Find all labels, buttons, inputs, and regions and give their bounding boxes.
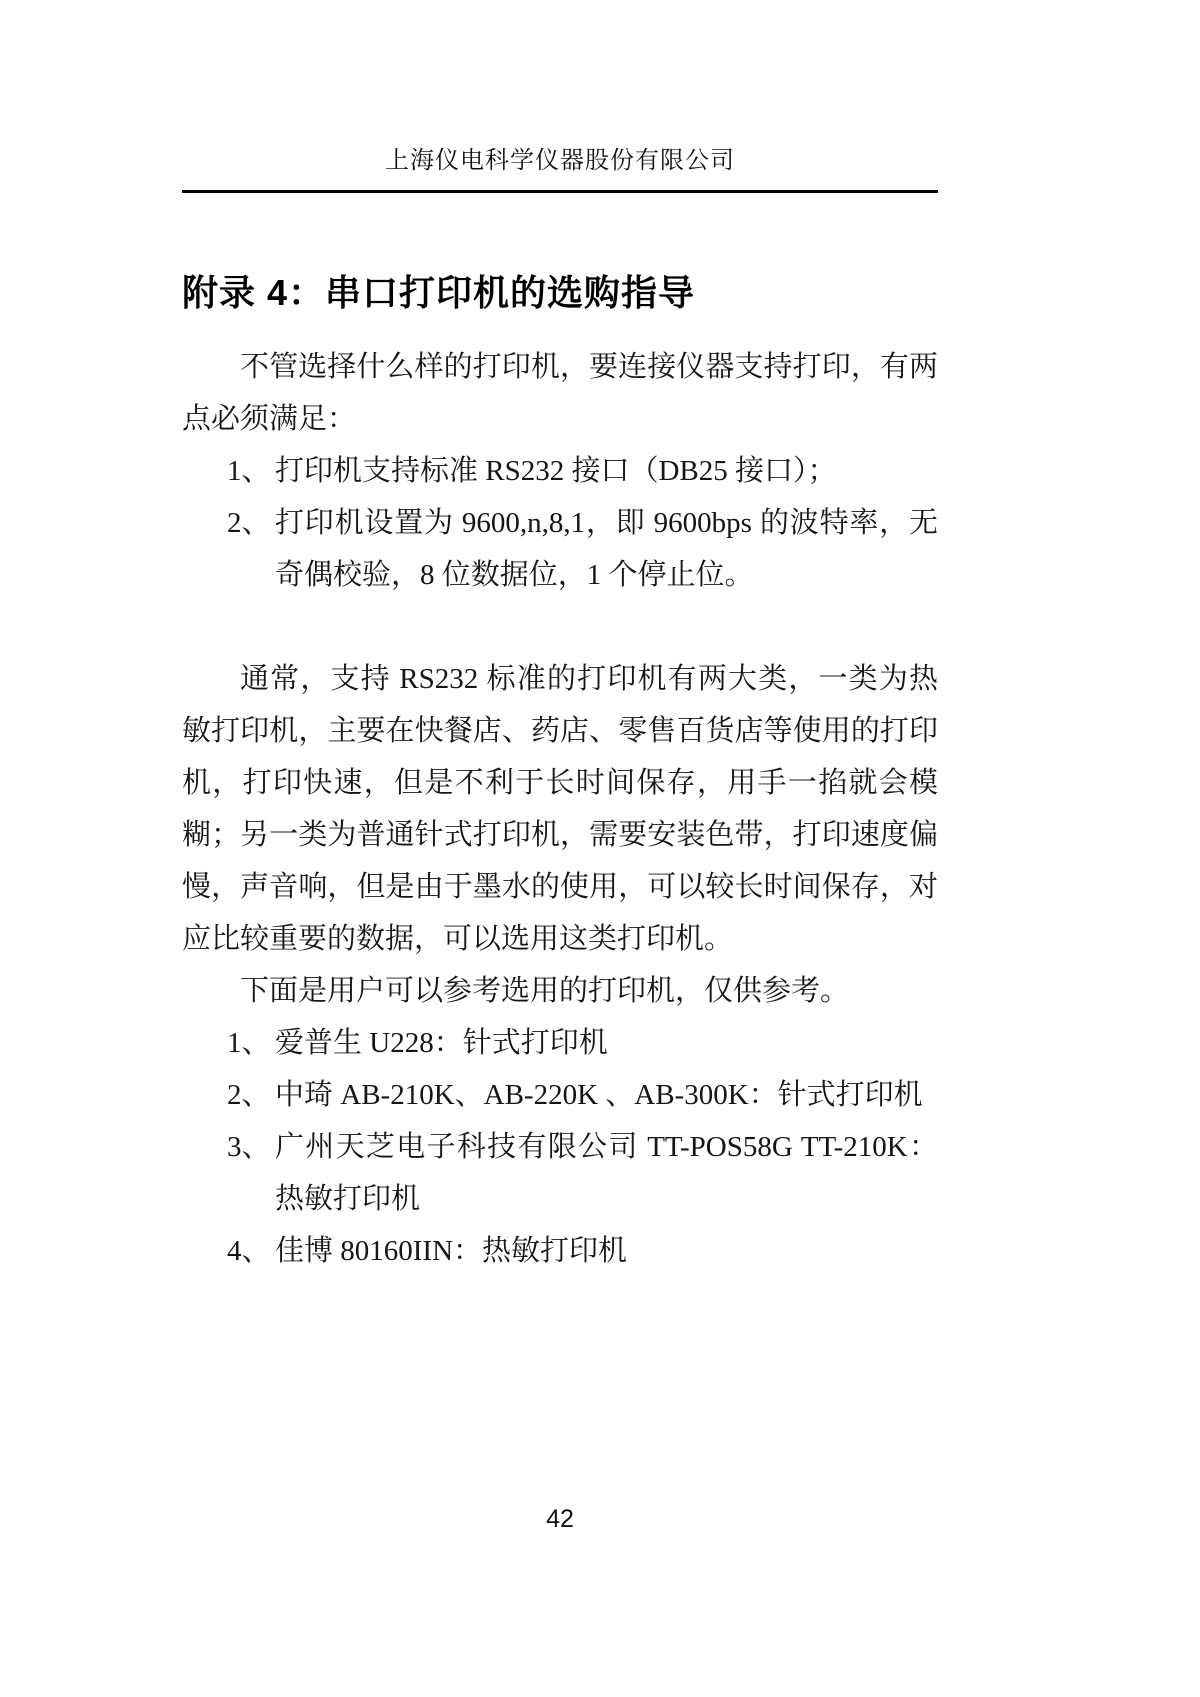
page-content: 上海仪电科学仪器股份有限公司 附录 4：串口打印机的选购指导 不管选择什么样的打… xyxy=(182,0,938,1277)
list-item-text: 佳博 80160IIN：热敏打印机 xyxy=(275,1225,938,1277)
list-item: 1、 打印机支持标准 RS232 接口（DB25 接口）； xyxy=(227,445,938,497)
list-item-number: 1、 xyxy=(227,445,275,497)
recommend-intro-paragraph: 下面是用户可以参考选用的打印机，仅供参考。 xyxy=(182,965,938,1017)
page-number: 42 xyxy=(546,1505,574,1533)
list-item-text: 打印机支持标准 RS232 接口（DB25 接口）； xyxy=(275,445,938,497)
list-item: 3、 广州天芝电子科技有限公司 TT-POS58G TT-210K：热敏打印机 xyxy=(227,1121,938,1225)
header-rule xyxy=(182,190,938,193)
list-item-number: 1、 xyxy=(227,1017,275,1069)
printer-list: 1、 爱普生 U228：针式打印机 2、 中琦 AB-210K、AB-220K … xyxy=(227,1017,938,1277)
list-item: 1、 爱普生 U228：针式打印机 xyxy=(227,1017,938,1069)
list-item-text: 中琦 AB-210K、AB-220K 、AB-300K：针式打印机 xyxy=(275,1069,938,1121)
document-page: 上海仪电科学仪器股份有限公司 附录 4：串口打印机的选购指导 不管选择什么样的打… xyxy=(0,0,1200,1697)
requirements-list: 1、 打印机支持标准 RS232 接口（DB25 接口）； 2、 打印机设置为 … xyxy=(227,445,938,601)
list-item-number: 3、 xyxy=(227,1121,275,1225)
intro-paragraph: 不管选择什么样的打印机，要连接仪器支持打印，有两点必须满足： xyxy=(182,341,938,445)
appendix-title: 附录 4：串口打印机的选购指导 xyxy=(182,271,938,315)
page-header: 上海仪电科学仪器股份有限公司 xyxy=(182,0,938,193)
list-item: 4、 佳博 80160IIN：热敏打印机 xyxy=(227,1225,938,1277)
list-item-number: 2、 xyxy=(227,497,275,601)
list-item: 2、 打印机设置为 9600,n,8,1，即 9600bps 的波特率，无奇偶校… xyxy=(227,497,938,601)
page-footer: 42 xyxy=(182,1505,938,1534)
list-item-text: 广州天芝电子科技有限公司 TT-POS58G TT-210K：热敏打印机 xyxy=(275,1121,938,1225)
list-item-number: 2、 xyxy=(227,1069,275,1121)
list-item-text: 打印机设置为 9600,n,8,1，即 9600bps 的波特率，无奇偶校验，8… xyxy=(275,497,938,601)
list-item: 2、 中琦 AB-210K、AB-220K 、AB-300K：针式打印机 xyxy=(227,1069,938,1121)
list-item-number: 4、 xyxy=(227,1225,275,1277)
body-paragraph: 通常，支持 RS232 标准的打印机有两大类，一类为热敏打印机，主要在快餐店、药… xyxy=(182,653,938,965)
list-item-text: 爱普生 U228：针式打印机 xyxy=(275,1017,938,1069)
company-name: 上海仪电科学仪器股份有限公司 xyxy=(182,144,938,178)
